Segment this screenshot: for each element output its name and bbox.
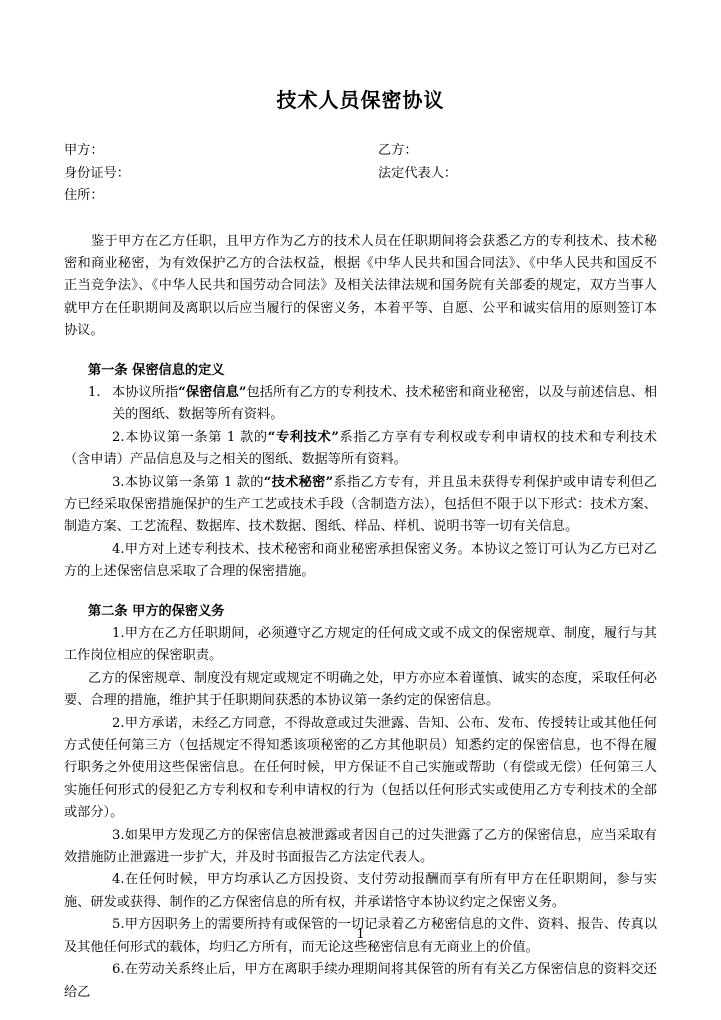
clause-number: 1. [88, 382, 101, 404]
clause-paragraph: 4.甲方对上述专利技术、技术秘密和商业秘密承担保密义务。本协议之签订可认为乙方已… [64, 539, 657, 584]
clause-text: 乙方的保密规章、制度没有规定或规定不明确之处，甲方亦应本着谨慎、诚实的态度，采取… [64, 671, 657, 708]
party-row: 住所： [64, 185, 657, 208]
clause-paragraph: 乙方的保密规章、制度没有规定或规定不明确之处，甲方亦应本着谨慎、诚实的态度，采取… [64, 668, 657, 713]
section-heading: 第二条 甲方的保密义务 [64, 601, 657, 623]
clause-paragraph: 3.本协议第一条第 1 款的“技术秘密”系指乙方专有，并且虽未获得专利保护或申请… [64, 472, 657, 539]
clause-number: 1. [88, 623, 125, 645]
clause-text: 甲方在乙方任职期间，必须遵守乙方规定的任何成文或不成文的保密规章、制度，履行与其… [64, 626, 657, 663]
clause-text: 本协议所指 [112, 385, 178, 400]
clause-paragraph: 3.如果甲方发现乙方的保密信息被泄露或者因自己的过失泄露了乙方的保密信息，应当采… [64, 825, 657, 870]
section-heading: 第一条 保密信息的定义 [64, 360, 657, 382]
clause-text: 在劳动关系终止后，甲方在离职手续办理期间将其保管的所有有关乙方保密信息的资料交还… [64, 962, 657, 999]
clause-term-bold: “技术秘密” [264, 475, 333, 490]
clause-paragraph: 1.甲方在乙方任职期间，必须遵守乙方规定的任何成文或不成文的保密规章、制度，履行… [64, 623, 657, 668]
clause-number: 4. [88, 539, 125, 561]
intro-paragraph: 鉴于甲方在乙方任职，且甲方作为乙方的技术人员在任职期间将会获悉乙方的专利技术、技… [64, 231, 657, 343]
clause-number: 2. [88, 427, 125, 449]
clause-text: 本协议第一条第 1 款的 [125, 475, 264, 490]
clause-paragraph: 6.在劳动关系终止后，甲方在离职手续办理期间将其保管的所有有关乙方保密信息的资料… [64, 959, 657, 1004]
clause-text: 甲方对上述专利技术、技术秘密和商业秘密承担保密义务。本协议之签订可认为乙方已对乙… [64, 542, 657, 579]
document-page: 技术人员保密协议 甲方：乙方：身份证号：法定代表人：住所： 鉴于甲方在乙方任职，… [0, 0, 721, 1020]
clause-number: 3. [88, 472, 125, 494]
party-b-label [378, 185, 657, 208]
clause-number: 3. [88, 825, 125, 847]
party-b-label: 法定代表人： [378, 163, 657, 186]
clause-text: 如果甲方发现乙方的保密信息被泄露或者因自己的过失泄露了乙方的保密信息，应当采取有… [64, 828, 657, 865]
clause-paragraph: 1.本协议所指“保密信息”包括所有乙方的专利技术、技术秘密和商业秘密，以及与前述… [64, 382, 657, 427]
page-number: 1 [0, 926, 721, 944]
clause-paragraph: 2.甲方承诺，未经乙方同意，不得故意或过失泄露、告知、公布、发布、传授转让或其他… [64, 713, 657, 825]
clause-paragraph: 4.在任何时候，甲方均承认乙方因投资、支付劳动报酬而享有所有甲方在任职期间，参与… [64, 869, 657, 914]
sections-container: 第一条 保密信息的定义1.本协议所指“保密信息”包括所有乙方的专利技术、技术秘密… [64, 360, 657, 1004]
clause-text: 甲方承诺，未经乙方同意，不得故意或过失泄露、告知、公布、发布、传授转让或其他任何… [64, 716, 657, 821]
clause-number: 2. [88, 713, 125, 735]
party-a-label: 住所： [64, 185, 378, 208]
clause-paragraph: 2.本协议第一条第 1 款的“专利技术”系指乙方享有专利权或专利申请权的技术和专… [64, 427, 657, 472]
parties-block: 甲方：乙方：身份证号：法定代表人：住所： [64, 140, 657, 208]
page-title: 技术人员保密协议 [64, 86, 657, 114]
clause-term-bold: “保密信息” [178, 385, 246, 400]
party-row: 身份证号：法定代表人： [64, 163, 657, 186]
party-b-label: 乙方： [378, 140, 657, 163]
party-row: 甲方：乙方： [64, 140, 657, 163]
clause-text: 本协议第一条第 1 款的 [125, 430, 268, 445]
clause-text: 在任何时候，甲方均承认乙方因投资、支付劳动报酬而享有所有甲方在任职期间，参与实施… [64, 872, 657, 909]
party-a-label: 身份证号： [64, 163, 378, 186]
clause-number: 4. [88, 869, 125, 891]
clause-number: 6. [88, 959, 125, 981]
party-a-label: 甲方： [64, 140, 378, 163]
clause-term-bold: “专利技术” [268, 430, 339, 445]
